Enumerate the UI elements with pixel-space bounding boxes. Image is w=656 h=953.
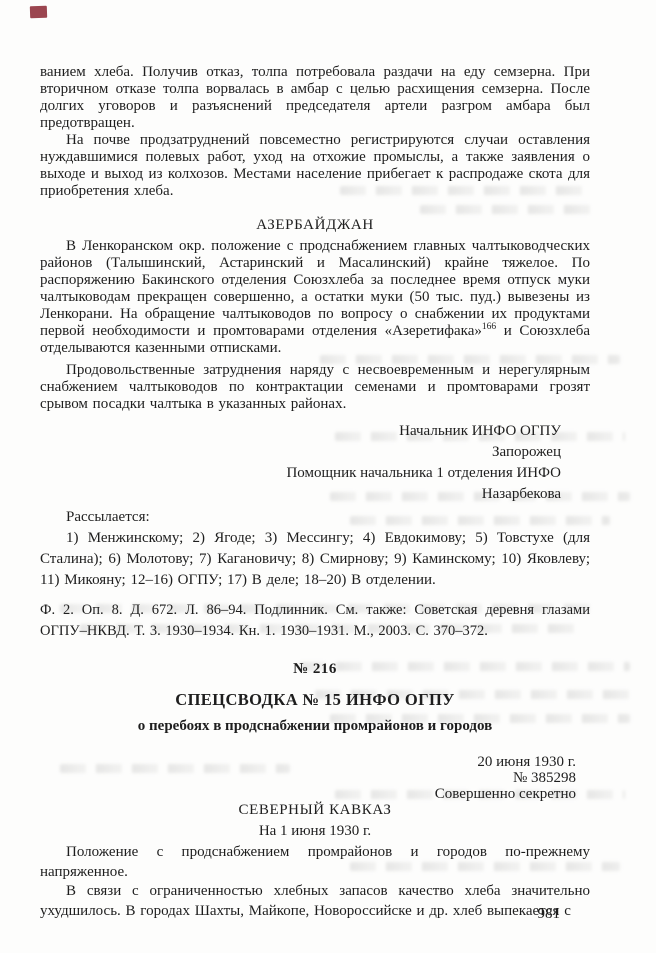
document-ref-number: № 385298 (40, 770, 576, 786)
page-number: 981 (538, 906, 561, 923)
classification-stamp: Совершенно секретно (40, 786, 576, 802)
signature-block: Начальник ИНФО ОГПУ Запорожец Помощник н… (40, 421, 590, 505)
document-meta-block: 20 июня 1930 г. № 385298 Совершенно секр… (40, 754, 590, 802)
paragraph-continuation: ванием хлеба. Получив отказ, толпа потре… (40, 64, 590, 132)
paragraph-bread-quality: В связи с ограниченностью хлебных запасо… (40, 882, 590, 921)
distribution-list: 1) Менжинскому; 2) Ягоде; 3) Мессингу; 4… (40, 528, 590, 591)
scan-red-mark-artifact (30, 6, 47, 19)
paragraph-lenkoran: В Ленкоранском окр. положение с продснаб… (40, 238, 590, 357)
signatory-role: Помощник начальника 1 отделения ИНФО (40, 463, 561, 484)
paragraph-supply-situation: Положение с продснабжением промрайонов и… (40, 843, 590, 882)
distribution-block: Рассылается: 1) Менжинскому; 2) Ягоде; 3… (40, 507, 590, 591)
document-title: СПЕЦСВОДКА № 15 ИНФО ОГПУ (40, 690, 590, 709)
page-text-column: ванием хлеба. Получив отказ, толпа потре… (40, 64, 590, 921)
document-date: 20 июня 1930 г. (40, 754, 576, 770)
signatory-role: Начальник ИНФО ОГПУ (40, 421, 561, 442)
section-heading-north-caucasus: СЕВЕРНЫЙ КАВКАЗ (40, 802, 590, 819)
scanned-document-page: ванием хлеба. Получив отказ, толпа потре… (0, 0, 656, 953)
as-of-date: На 1 июня 1930 г. (40, 823, 590, 840)
footnote-marker-166: 166 (482, 322, 496, 332)
document-subtitle: о перебоях в продснабжении промрайонов и… (40, 718, 590, 735)
distribution-label: Рассылается: (40, 507, 590, 528)
paragraph-seed-supply: Продовольственные затруднения наряду с н… (40, 362, 590, 413)
paragraph-food-difficulties: На почве продзатруднений повсеместно рег… (40, 132, 590, 200)
signatory-name: Запорожец (40, 442, 561, 463)
document-number: № 216 (40, 661, 590, 678)
signatory-name: Назарбекова (40, 484, 561, 505)
section-heading-azerbaijan: АЗЕРБАЙДЖАН (40, 217, 590, 234)
archive-reference: Ф. 2. Оп. 8. Д. 672. Л. 86–94. Подлинник… (40, 600, 590, 642)
